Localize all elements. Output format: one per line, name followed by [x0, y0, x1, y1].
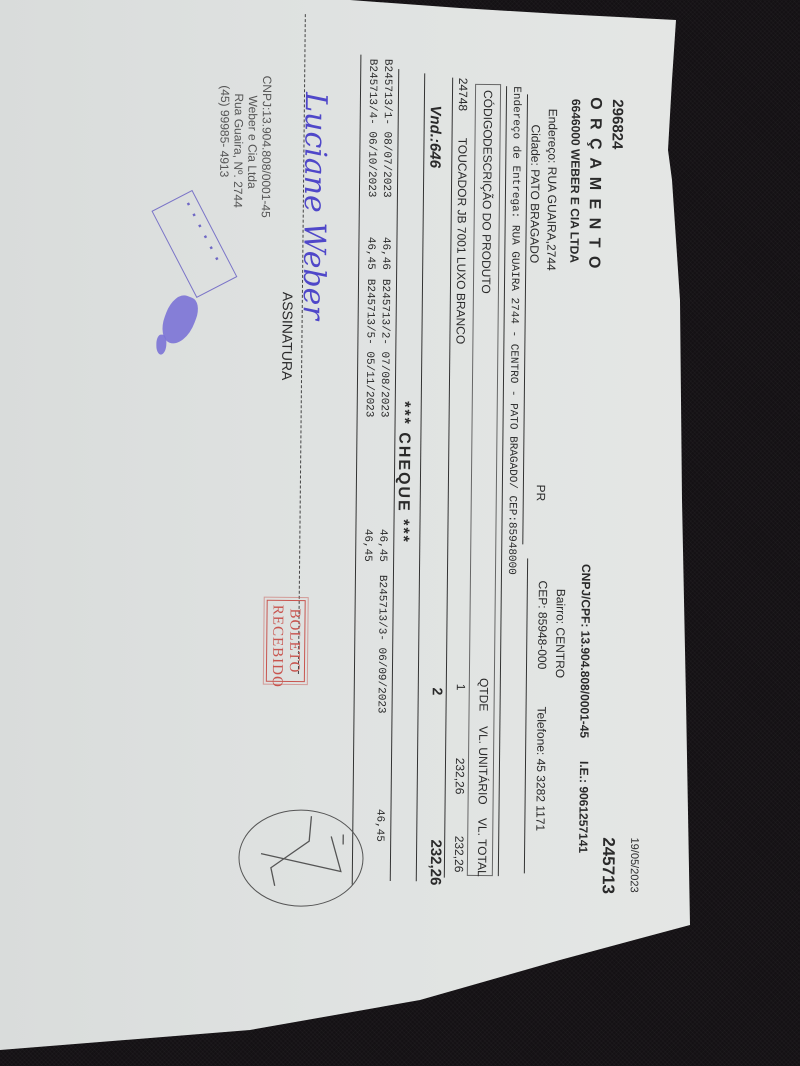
- installment-4-value: 46,45: [364, 237, 375, 270]
- cnpj: CNPJ/CPF: 13.904.808/0001-45: [578, 564, 592, 738]
- receipt: 296824 O R Ç A M E N T O 6646000 WEBER E…: [0, 0, 680, 1060]
- installment-ref: B245713/5-: [363, 279, 376, 345]
- installment-ref: B245713/2-: [378, 279, 391, 345]
- divider: [524, 558, 528, 873]
- city: Cidade: PATO BRAGADO: [528, 124, 541, 263]
- installment-ref: B245713/1-: [381, 59, 394, 125]
- bairro: Bairro: CENTRO: [554, 589, 567, 678]
- table-header-code: CÓDIGO: [482, 90, 495, 139]
- stamp-text: ▪ ▪ ▪ ▪ ▪ ▪: [182, 200, 223, 266]
- state: PR: [535, 485, 547, 502]
- installment-4: B245713/4- 06/10/2023: [365, 59, 377, 198]
- cep: CEP: 85948-000: [536, 581, 549, 670]
- stamp-company: Weber e Cia Ltda: [246, 95, 259, 188]
- doc-date: 19/05/2023: [628, 838, 640, 893]
- row-qty: 1: [455, 684, 467, 691]
- installment-ref: B245713/3-: [375, 575, 388, 641]
- installment-3: B245713/3- 06/09/2023: [375, 575, 387, 714]
- payment-method: *** CHEQUE ***: [394, 401, 411, 544]
- stamp-address: Rua Guaira, Nº. 2744: [232, 93, 245, 208]
- installment-1-value: 46,46: [379, 237, 390, 270]
- qty-total: 2: [431, 687, 445, 695]
- company-name: 6646000 WEBER E CIA LTDA: [568, 99, 582, 263]
- installment-date: 06/10/2023: [365, 131, 378, 197]
- boleto-recebido-stamp: BOLETO RECEBIDO: [266, 600, 306, 682]
- doc-title: O R Ç A M E N T O: [585, 97, 603, 270]
- stamp-cnpj: CNPJ:13.904.808/0001-45: [260, 76, 273, 218]
- stamp-line: RECEBIDO: [269, 605, 286, 677]
- installment-3-value: 46,45: [373, 809, 384, 842]
- delivery-address: Endereço de Entrega: RUA GUAIRA 2744 - C…: [505, 86, 521, 575]
- handwritten-signature: Luciane Weber: [296, 92, 333, 320]
- row-total: 232,26: [453, 836, 465, 873]
- divider: [522, 94, 528, 544]
- divider: [444, 78, 453, 878]
- address: Endereço: RUA GUAIRA,2744: [545, 109, 559, 271]
- row-description: TOUCADOR JB 7001 LUXO BRANCO: [454, 138, 468, 345]
- table-header-total: VL. TOTAL: [476, 818, 489, 877]
- phone: Telefone: 45 3282 1171: [534, 707, 547, 832]
- ink-smudge: [156, 335, 166, 355]
- inscricao-estadual: I.E.: 9061257141: [577, 761, 590, 853]
- installment-date: 06/09/2023: [375, 647, 388, 713]
- table-header-unit-price: VL. UNITÁRIO: [477, 726, 490, 805]
- divider: [352, 55, 362, 885]
- row-code: 24748: [457, 78, 469, 111]
- installment-ref: B245713/4-: [366, 59, 379, 125]
- divider: [416, 73, 425, 881]
- doc-number: 296824: [609, 99, 625, 149]
- installment-2-value: 46,45: [376, 529, 387, 562]
- row-unit-price: 232,26: [454, 758, 466, 795]
- installment-2: B245713/2- 07/08/2023: [378, 279, 390, 418]
- installment-date: 08/07/2023: [380, 131, 393, 197]
- installment-date: 07/08/2023: [378, 351, 391, 417]
- installment-date: 05/11/2023: [363, 351, 376, 417]
- table-header-description: DESCRIÇÃO DO PRODUTO: [480, 138, 494, 294]
- installment-5-value: 46,45: [361, 529, 372, 562]
- blue-ink-stamp: ▪ ▪ ▪ ▪ ▪ ▪: [151, 190, 237, 298]
- table-header-qty: QTDE: [478, 678, 490, 711]
- stamp-phone: (45) 99985- 4913: [218, 85, 231, 177]
- order-number: 245713: [600, 837, 618, 894]
- installment-5: B245713/5- 05/11/2023: [363, 279, 375, 418]
- signature-label: ASSINATURA: [280, 292, 295, 381]
- amount-total: 232,26: [428, 839, 443, 885]
- installment-1: B245713/1- 08/07/2023: [380, 59, 392, 198]
- seller-code: Vnd.:646: [427, 105, 443, 168]
- circled-number-drawing: [210, 795, 371, 927]
- stamp-line: BOLETO: [285, 605, 302, 677]
